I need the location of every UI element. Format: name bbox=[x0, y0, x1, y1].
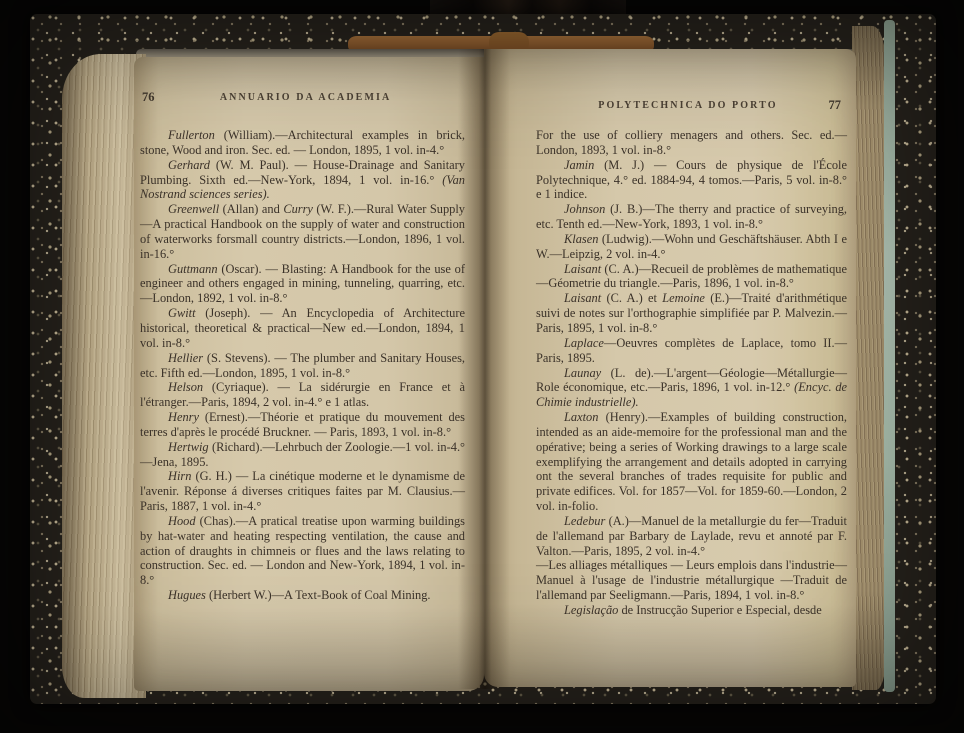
bibliography-entry: Laplace—Oeuvres complètes de Laplace, to… bbox=[536, 336, 847, 366]
entry-text: (Henry).—Examples of building constructi… bbox=[536, 410, 847, 513]
bibliography-entry: Klasen (Ludwig).—Wohn und Geschäftshäuse… bbox=[536, 232, 847, 262]
bibliography-entry: For the use of colliery menagers and oth… bbox=[536, 128, 847, 158]
right-page-header: POLYTECHNICA DO PORTO 77 bbox=[536, 98, 847, 114]
right-page: POLYTECHNICA DO PORTO 77 For the use of … bbox=[484, 49, 856, 687]
entry-text: de Instrucção Superior e Especial, desde bbox=[618, 603, 821, 617]
entry-text: (C. A.) et bbox=[601, 291, 662, 305]
entry-author-name: Hertwig bbox=[168, 440, 209, 454]
bibliography-entry: Hirn (G. H.) — La cinétique moderne et l… bbox=[140, 469, 465, 514]
bibliography-entry: Hertwig (Richard).—Lehrbuch der Zoologie… bbox=[140, 440, 465, 470]
left-page-header: 76 ANNUARIO DA ACADEMIA bbox=[140, 90, 478, 106]
entry-author-name: Hirn bbox=[168, 469, 191, 483]
right-running-title: POLYTECHNICA DO PORTO bbox=[598, 100, 777, 111]
entry-text: (Herbert W.)—A Text-Book of Coal Mining. bbox=[206, 588, 431, 602]
entry-author-name: Henry bbox=[168, 410, 199, 424]
entry-author-name: Ledebur bbox=[564, 514, 605, 528]
bibliography-entry: Henry (Ernest).—Théorie et pratique du m… bbox=[140, 410, 465, 440]
left-running-title: ANNUARIO DA ACADEMIA bbox=[220, 92, 391, 103]
entry-author-name: Laplace bbox=[564, 336, 604, 350]
entry-author-name: Gerhard bbox=[168, 158, 210, 172]
entry-author-name: Greenwell bbox=[168, 202, 219, 216]
bibliography-entry: Hugues (Herbert W.)—A Text-Book of Coal … bbox=[140, 588, 465, 603]
bibliography-entry: Greenwell (Allan) and Curry (W. F.).—Rur… bbox=[140, 202, 465, 261]
entry-author-name: Lemoine bbox=[662, 291, 705, 305]
entry-author-name: Legislação bbox=[564, 603, 618, 617]
left-page-text: Fullerton (William).—Architectural examp… bbox=[140, 128, 465, 603]
entry-author-name: Helson bbox=[168, 380, 203, 394]
entry-author-name: Hugues bbox=[168, 588, 206, 602]
bibliography-entry: Laxton (Henry).—Examples of building con… bbox=[536, 410, 847, 514]
bibliography-entry: Helson (Cyriaque). — La sidérurgie en Fr… bbox=[140, 380, 465, 410]
entry-author-name: Laisant bbox=[564, 291, 601, 305]
entry-author-name: Laxton bbox=[564, 410, 598, 424]
fore-edge-endpaper-strip bbox=[884, 20, 895, 692]
right-page-number: 77 bbox=[829, 98, 842, 113]
bibliography-entry: Launay (L. de).—L'argent—Géologie—Métall… bbox=[536, 366, 847, 411]
bibliography-entry: Hood (Chas).—A pratical treatise upon wa… bbox=[140, 514, 465, 588]
left-page-number: 76 bbox=[142, 90, 155, 105]
entry-author-name: Johnson bbox=[564, 202, 605, 216]
right-fore-edge bbox=[852, 26, 886, 690]
bibliography-entry: —Les alliages métalliques — Leurs emploi… bbox=[536, 558, 847, 603]
bibliography-entry: Jamin (M. J.) — Cours de physique de l'É… bbox=[536, 158, 847, 203]
entry-text: For the use of colliery menagers and oth… bbox=[536, 128, 847, 157]
bibliography-entry: Ledebur (A.)—Manuel de la metallurgie du… bbox=[536, 514, 847, 559]
bibliography-entry: Legislação de Instrucção Superior e Espe… bbox=[536, 603, 847, 618]
entry-text: —Les alliages métalliques — Leurs emploi… bbox=[536, 558, 847, 602]
right-page-text: For the use of colliery menagers and oth… bbox=[536, 128, 847, 618]
entry-author-name: Launay bbox=[564, 366, 601, 380]
bibliography-entry: Fullerton (William).—Architectural examp… bbox=[140, 128, 465, 158]
left-page: 76 ANNUARIO DA ACADEMIA Fullerton (Willi… bbox=[134, 57, 484, 691]
bibliography-entry: Laisant (C. A.)—Recueil de problèmes de … bbox=[536, 262, 847, 292]
entry-author-name: Guttmann bbox=[168, 262, 218, 276]
entry-author-name: Laisant bbox=[564, 262, 601, 276]
bibliography-entry: Gwitt (Joseph). — An Encyclopedia of Arc… bbox=[140, 306, 465, 351]
entry-author-name: Klasen bbox=[564, 232, 598, 246]
entry-author-name: Curry bbox=[283, 202, 313, 216]
entry-author-name: Fullerton bbox=[168, 128, 215, 142]
entry-author-name: Gwitt bbox=[168, 306, 196, 320]
bibliography-entry: Hellier (S. Stevens). — The plumber and … bbox=[140, 351, 465, 381]
bibliography-entry: Guttmann (Oscar). — Blasting: A Handbook… bbox=[140, 262, 465, 307]
bibliography-entry: Gerhard (W. M. Paul). — House-Drainage a… bbox=[140, 158, 465, 203]
entry-author-name: Hood bbox=[168, 514, 196, 528]
entry-author-name: Jamin bbox=[564, 158, 594, 172]
bibliography-entry: Laisant (C. A.) et Lemoine (E.)—Traité d… bbox=[536, 291, 847, 336]
entry-text: (Allan) and bbox=[219, 202, 283, 216]
book-photograph: 76 ANNUARIO DA ACADEMIA Fullerton (Willi… bbox=[0, 0, 964, 733]
entry-author-name: Hellier bbox=[168, 351, 203, 365]
bibliography-entry: Johnson (J. B.)—The therry and practice … bbox=[536, 202, 847, 232]
